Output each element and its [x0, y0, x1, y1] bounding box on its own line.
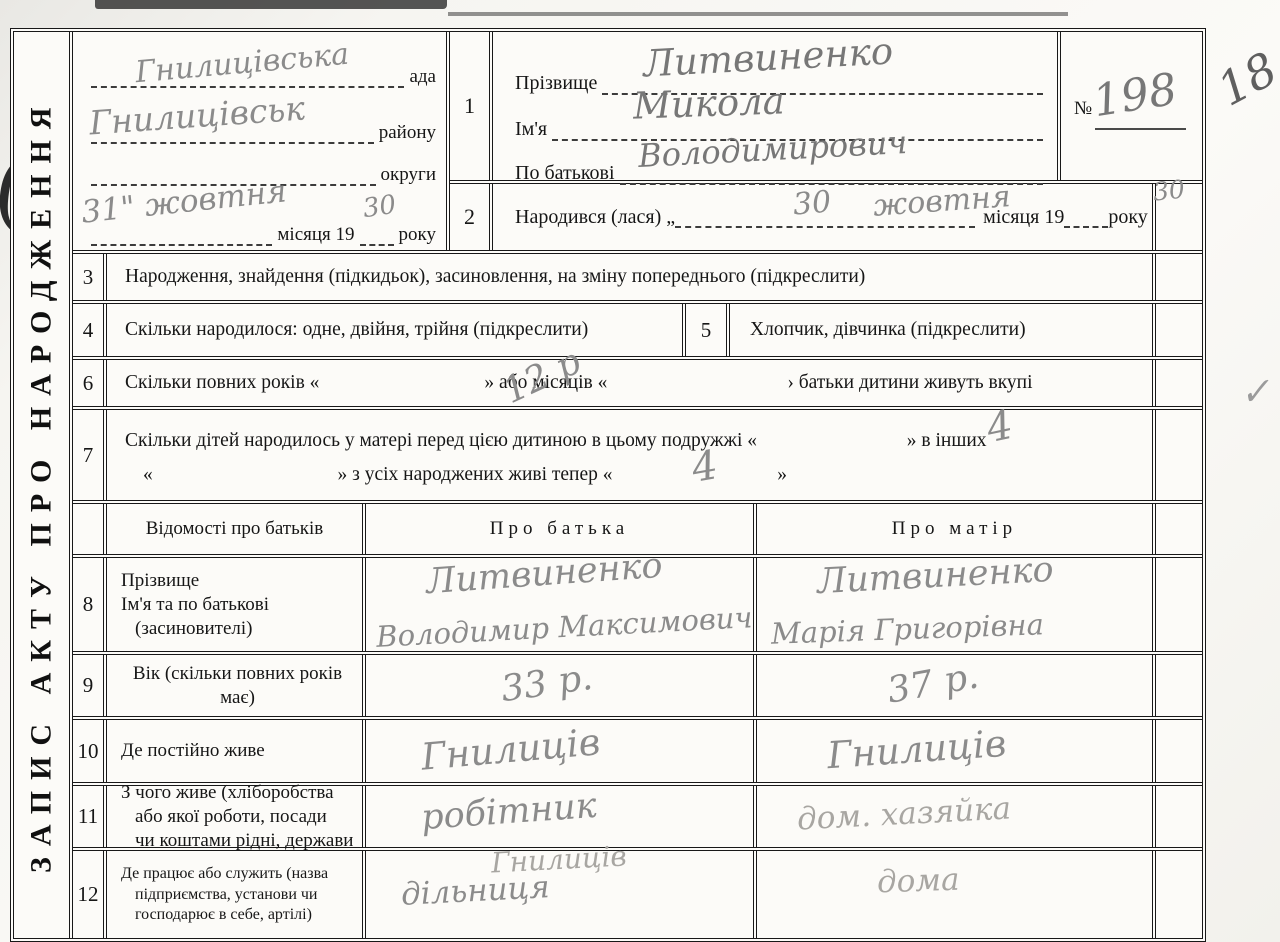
surname-line: Прізвище	[515, 72, 1043, 95]
rada-line: ада	[91, 66, 436, 88]
row-number-1: 1	[450, 32, 493, 180]
handwritten-mother-occupation: дом. хазяйка	[796, 790, 1012, 837]
dotted-line	[675, 207, 975, 228]
dotted-line	[602, 73, 1043, 95]
row-number-9: 9	[73, 655, 107, 716]
workplace-label: Де працює або служить (назва підприємств…	[107, 851, 366, 938]
handwritten-mother-residence: Гнилиців	[826, 722, 1008, 777]
patronymic-label: По батькові	[515, 162, 615, 185]
children-line1: Скільки дітей народилось у матері перед …	[125, 424, 1152, 458]
age-label: Вік (скільки повних років має)	[107, 655, 366, 716]
empty-mark-cell	[1152, 304, 1202, 356]
empty-mark-cell	[1152, 254, 1202, 300]
previous-children-lines: Скільки дітей народилось у матері перед …	[107, 410, 1152, 500]
record-number-box: № 198	[1057, 32, 1202, 180]
pencil-checkmark: ✓	[1238, 371, 1272, 415]
row-number-3: 3	[73, 254, 107, 300]
month-label: місяця 19	[277, 224, 354, 246]
birth-year-label: року	[1108, 206, 1147, 229]
row-number-12: 12	[73, 851, 107, 938]
person-name-section: 1 Прізвище Ім'я По батькові	[450, 32, 1202, 184]
surname-label: Прізвище	[515, 72, 597, 95]
number-underline	[1095, 128, 1186, 130]
handwritten-margin-number: 18	[1209, 41, 1280, 116]
council-block: ада району округи місяця 19 року	[73, 32, 450, 250]
empty-mark-cell	[1152, 410, 1202, 500]
mother-residence-cell: Гнилиців	[757, 720, 1152, 782]
rayon-line: району	[91, 122, 436, 144]
occupation-label: З чого живе (хліборобства або якої робот…	[107, 786, 366, 847]
rayon-label: району	[379, 122, 436, 144]
name-label: Ім'я	[515, 118, 547, 141]
dotted-line	[91, 123, 374, 144]
header-mother: Про матір	[757, 504, 1152, 554]
empty-number-cell	[73, 504, 107, 554]
scan-smudge	[448, 12, 1068, 16]
parents-names-label: Прізвище Ім'я та по батькові (засиновите…	[107, 558, 366, 651]
sex-text: Хлопчик, дівчинка (підкреслити)	[730, 304, 1152, 356]
dotted-line	[1064, 207, 1108, 228]
children-line2: « » з усіх народжених живі тепер « »	[125, 458, 1152, 492]
dotted-line	[552, 119, 1043, 141]
mother-workplace-cell: дома	[757, 851, 1152, 938]
dotted-line	[360, 225, 394, 246]
handwritten-father-residence: Гнилиців	[419, 720, 601, 778]
dotted-line	[91, 225, 272, 246]
birth-date-section: 2 Народився (лася) „ місяця 19 року 30 ж…	[450, 184, 1202, 250]
okruga-label: округи	[381, 164, 436, 186]
handwritten-mother-workplace: дома	[876, 862, 960, 901]
empty-mark-cell	[1152, 558, 1202, 651]
date-line: місяця 19 року	[91, 224, 436, 246]
scanned-page-background: ( ЗАПИС АКТУ ПРО НАРОДЖЕННЯ ада району	[0, 0, 1280, 942]
row-multiplicity-sex: 4 Скільки народилося: одне, двійня, трій…	[73, 304, 1202, 360]
children-line2-close: »	[777, 464, 787, 485]
handwritten-father-occupation: робітник	[420, 786, 598, 838]
row-number-8: 8	[73, 558, 107, 651]
form-title-vertical: ЗАПИС АКТУ ПРО НАРОДЖЕННЯ	[14, 32, 69, 938]
row-parents-residence: 10 Де постійно живе Гнилиців Гнилиців	[73, 720, 1202, 786]
row-number-11: 11	[73, 786, 107, 847]
row-parents-years-together: 6 Скільки повних років « » або місяців «…	[73, 360, 1202, 410]
handwritten-father-name: Володимир Максимович	[375, 600, 753, 654]
year-label: року	[399, 224, 436, 246]
birth-type-text: Народження, знайдення (підкидьок), засин…	[107, 254, 1152, 300]
row-number-5: 5	[686, 304, 730, 356]
children-line2-mid: » з усіх народжених живі тепер «	[338, 464, 613, 485]
years-together-line: Скільки повних років « » або місяців « ›…	[107, 360, 1152, 406]
empty-mark-cell	[1152, 360, 1202, 406]
number-sign: №	[1074, 98, 1092, 120]
patronymic-line: По батькові	[515, 162, 1043, 185]
handwritten-year: 30	[361, 190, 398, 224]
row-number-6: 6	[73, 360, 107, 406]
children-line2-open: «	[125, 464, 153, 485]
row-number-10: 10	[73, 720, 107, 782]
father-workplace-cell: Гнилиців дільниця	[366, 851, 757, 938]
children-line1-pre: Скільки дітей народилось у матері перед …	[125, 430, 757, 451]
handwritten-mother-name: Марія Григорівна	[770, 607, 1044, 651]
row-parents-names: 8 Прізвище Ім'я та по батькові (засинови…	[73, 558, 1202, 655]
years-post: › батьки дитини живуть вкупі	[787, 372, 1032, 394]
father-age-cell: 33 р.	[366, 655, 757, 716]
mother-age-cell: 37 р.	[757, 655, 1152, 716]
row-parents-workplace: 12 Де працює або служить (назва підприєм…	[73, 851, 1202, 938]
mother-occupation-cell: дом. хазяйка	[757, 786, 1152, 847]
mother-name-cell: Литвиненко Марія Григорівна	[757, 558, 1152, 651]
handwritten-father-workplace-2: дільниця	[400, 869, 550, 913]
handwritten-father-age: 33 р.	[499, 657, 596, 710]
row-parents-occupation: 11 З чого живе (хліборобства або якої ро…	[73, 786, 1202, 851]
handwritten-record-number: 198	[1090, 64, 1181, 128]
children-line1-post: » в інших	[907, 430, 987, 451]
dotted-line	[91, 165, 376, 186]
birth-record-form: ЗАПИС АКТУ ПРО НАРОДЖЕННЯ ада району	[10, 28, 1206, 942]
side-title-strip: ЗАПИС АКТУ ПРО НАРОДЖЕННЯ	[14, 32, 73, 938]
empty-mark-cell	[1152, 655, 1202, 716]
header-father: Про батька	[366, 504, 757, 554]
scan-smudge	[95, 0, 447, 9]
empty-mark-cell	[1152, 851, 1202, 938]
years-mid: » або місяців «	[484, 372, 607, 394]
row-parents-age: 9 Вік (скільки повних років має) 33 р. 3…	[73, 655, 1202, 720]
years-pre: Скільки повних років «	[125, 372, 319, 394]
empty-mark-cell	[1152, 786, 1202, 847]
father-name-cell: Литвиненко Володимир Максимович	[366, 558, 757, 651]
residence-label: Де постійно живе	[107, 720, 366, 782]
multiplicity-text: Скільки народилося: одне, двійня, трійня…	[107, 304, 686, 356]
row-number-4: 4	[73, 304, 107, 356]
handwritten-mother-surname: Литвиненко	[816, 550, 1054, 602]
parents-table-header: Відомості про батьків Про батька Про мат…	[73, 504, 1202, 558]
empty-mark-cell	[1152, 720, 1202, 782]
handwritten-mother-age: 37 р.	[884, 655, 981, 711]
name-line: Ім'я	[515, 118, 1043, 141]
father-occupation-cell: робітник	[366, 786, 757, 847]
birth-label: Народився (лася) „	[515, 206, 675, 229]
row-number-7: 7	[73, 410, 107, 500]
dotted-line	[91, 67, 404, 88]
birth-month-label: місяця 19	[983, 206, 1064, 229]
empty-mark-cell	[1152, 184, 1202, 250]
empty-mark-cell	[1152, 504, 1202, 554]
row-birth-type: 3 Народження, знайдення (підкидьок), зас…	[73, 254, 1202, 304]
okruga-line: округи	[91, 164, 436, 186]
row-previous-children: 7 Скільки дітей народилось у матері пере…	[73, 410, 1202, 504]
birth-date-line: Народився (лася) „ місяця 19 року 30 жов…	[493, 184, 1152, 250]
rada-label: ада	[409, 66, 436, 88]
row-number-2: 2	[450, 184, 493, 250]
name-fields: Прізвище Ім'я По батькові Ли	[493, 32, 1057, 180]
dotted-line	[620, 163, 1043, 185]
father-residence-cell: Гнилиців	[366, 720, 757, 782]
header-parents-info: Відомості про батьків	[107, 504, 366, 554]
